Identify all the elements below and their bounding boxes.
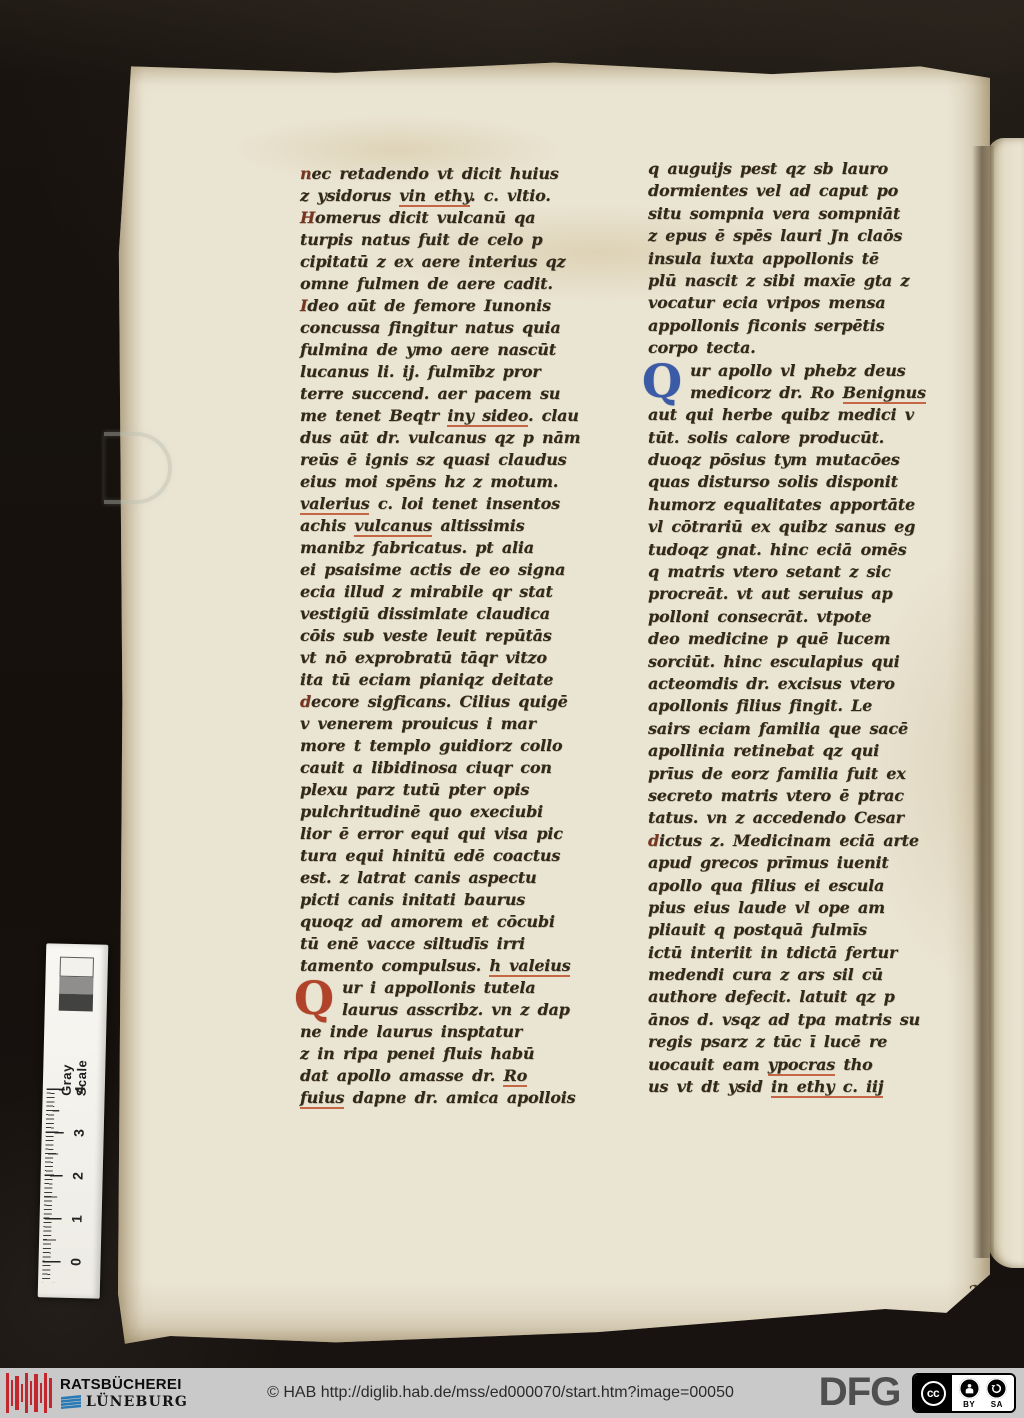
digitized-manuscript-viewer: nec retadendo vt dicit huiusz ysidorus v… bbox=[0, 0, 1024, 1418]
manuscript-line: apud grecos prīmus iuenit bbox=[648, 852, 986, 874]
manuscript-line: deo medicine p quē lucem bbox=[648, 628, 986, 650]
manuscript-line: reūs ē ignis sz quasi claudus bbox=[300, 449, 638, 471]
ratsbuecherei-bars-icon bbox=[6, 1372, 54, 1414]
manuscript-line: Qur apollo vl phebz deus bbox=[648, 360, 986, 382]
gray-patch-light bbox=[60, 957, 94, 978]
footer-bar: RATSBÜCHEREI LÜNEBURG © HAB http://digli… bbox=[0, 1368, 1024, 1418]
ruler-number-4: 4 bbox=[70, 1081, 89, 1107]
manuscript-line: apollinia retinebat qz qui bbox=[648, 740, 986, 762]
manuscript-line: appollonis ficonis serpētis bbox=[648, 315, 986, 337]
manuscript-line: nec retadendo vt dicit huius bbox=[300, 163, 638, 185]
illuminated-initial: Q bbox=[642, 358, 682, 404]
credit-url: © HAB http://diglib.hab.de/mss/ed000070/… bbox=[188, 1384, 823, 1402]
manuscript-line: pliauit q postquā fulmīs bbox=[648, 919, 986, 941]
ratsbuecherei-logo: RATSBÜCHEREI LÜNEBURG bbox=[6, 1372, 188, 1414]
manuscript-line: v venerem prouicus i mar bbox=[300, 713, 638, 735]
cc-license-badge: cc BY bbox=[912, 1373, 1016, 1413]
manuscript-line: tatus. vn z accedendo Cesar bbox=[648, 807, 986, 829]
manuscript-line: tū enē vacce siltudīs irri bbox=[300, 933, 638, 955]
manuscript-line: manibz fabricatus. pt alia bbox=[300, 537, 638, 559]
ruler-number-0: 0 bbox=[66, 1253, 85, 1279]
institution-name: RATSBÜCHEREI bbox=[60, 1376, 188, 1393]
manuscript-line: ictū interiit in tdictā fertur bbox=[648, 942, 986, 964]
ruler-number-3: 3 bbox=[69, 1124, 88, 1150]
manuscript-line: Ideo aūt de femore Iunonis bbox=[300, 295, 638, 317]
manuscript-line: pius eius laude vl ope am bbox=[648, 897, 986, 919]
manuscript-line: z ysidorus vin ethy. c. vltio. bbox=[300, 185, 638, 207]
manuscript-line: z in ripa penei fluis habū bbox=[300, 1043, 638, 1065]
cc-sa-label: SA bbox=[991, 1400, 1003, 1409]
manuscript-line: authore defecit. latuit qz p bbox=[648, 986, 986, 1008]
manuscript-line: q auguijs pest qz sb lauro bbox=[648, 158, 986, 180]
manuscript-line: picti canis initati baurus bbox=[300, 889, 638, 911]
dfg-logo: DFG bbox=[819, 1369, 901, 1415]
manuscript-line: acteomdis dr. excisus vtero bbox=[648, 673, 986, 695]
gray-patch-mid bbox=[59, 977, 93, 995]
manuscript-line: Homerus dicit vulcanū qa bbox=[300, 207, 638, 229]
manuscript-line: q matris vtero setant z sic bbox=[648, 561, 986, 583]
cc-by-icon bbox=[959, 1378, 980, 1399]
manuscript-line: est. z latrat canis aspectu bbox=[300, 867, 638, 889]
manuscript-line: tudoqz gnat. hinc eciā omēs bbox=[648, 539, 986, 561]
ruler-number-1: 1 bbox=[67, 1210, 86, 1236]
manuscript-line: ne inde laurus insptatur bbox=[300, 1021, 638, 1043]
manuscript-line: lucanus li. ij. fulmībz pror bbox=[300, 361, 638, 383]
gray-scale-ruler: Gray Scale 4 3 2 1 0 bbox=[38, 943, 109, 1298]
manuscript-line: laurus asscribz. vn z dap bbox=[300, 999, 638, 1021]
manuscript-line: prīus de eorz familia fuit ex bbox=[648, 763, 986, 785]
ruler-number-2: 2 bbox=[68, 1167, 87, 1193]
manuscript-line: plū nascit z sibi maxīe gta z bbox=[648, 270, 986, 292]
manuscript-line: decore sigficans. Cilius quigē bbox=[300, 691, 638, 713]
manuscript-line: lior ē error equi qui visa pic bbox=[300, 823, 638, 845]
manuscript-line: uocauit eam ypocras tho bbox=[648, 1054, 986, 1076]
manuscript-line: medicorz dr. Ro Benignus bbox=[648, 382, 986, 404]
manuscript-line: ei psaisime actis de eo signa bbox=[300, 559, 638, 581]
illuminated-initial: Q bbox=[294, 975, 334, 1021]
manuscript-line: cipitatū z ex aere interius qz bbox=[300, 251, 638, 273]
manuscript-line: omne fulmen de aere cadit. bbox=[300, 273, 638, 295]
manuscript-line: valerius c. loi tenet insentos bbox=[300, 493, 638, 515]
manuscript-line: aut qui herbe quibz medici v bbox=[648, 404, 986, 426]
manuscript-line: situ sompnia vera sompniāt bbox=[648, 203, 986, 225]
manuscript-line: vestigiū dissimlate claudica bbox=[300, 603, 638, 625]
cc-by: BY bbox=[959, 1378, 980, 1409]
manuscript-line: terre succend. aer pacem su bbox=[300, 383, 638, 405]
manuscript-line: sairs eciam familia que sacē bbox=[648, 718, 986, 740]
manuscript-line: tamento compulsus. h valeius bbox=[300, 955, 638, 977]
gray-patch-dark bbox=[59, 994, 93, 1012]
cc-sa: SA bbox=[986, 1378, 1007, 1409]
manuscript-line: pulchritudinē quo execiubi bbox=[300, 801, 638, 823]
manuscript-line: eius moi spēns hz z motum. bbox=[300, 471, 638, 493]
manuscript-page[interactable]: nec retadendo vt dicit huiusz ysidorus v… bbox=[118, 60, 990, 1345]
manuscript-line: apollo qua filius ei escula bbox=[648, 875, 986, 897]
cc-icon: cc bbox=[914, 1375, 952, 1411]
manuscript-line: z epus ē spēs lauri Jn claōs bbox=[648, 225, 986, 247]
manuscript-line: fulmina de ymo aere nascūt bbox=[300, 339, 638, 361]
manuscript-line: cōis sub veste leuit repūtās bbox=[300, 625, 638, 647]
manuscript-line: Qur i appollonis tutela bbox=[300, 977, 638, 999]
manuscript-line: concussa fingitur natus quia bbox=[300, 317, 638, 339]
manuscript-line: medendi cura z ars sil cū bbox=[648, 964, 986, 986]
book-gutter bbox=[972, 146, 994, 1258]
manuscript-line: sorciūt. hinc esculapius qui bbox=[648, 651, 986, 673]
manuscript-line: vt nō exprobratū tāqr vitzo bbox=[300, 647, 638, 669]
manuscript-line: regis psarz z tūc ī lucē re bbox=[648, 1031, 986, 1053]
manuscript-line: vl cōtrariū ex quibz sanus eg bbox=[648, 516, 986, 538]
manuscript-line: tura equi hinitū edē coactus bbox=[300, 845, 638, 867]
cc-by-label: BY bbox=[963, 1400, 975, 1409]
manuscript-line: secreto matris vtero ē ptrac bbox=[648, 785, 986, 807]
manuscript-line: duoqz pōsius tym mutacōes bbox=[648, 449, 986, 471]
manuscript-line: ecia illud z mirabile qr stat bbox=[300, 581, 638, 603]
manuscript-line: plexu parz tutū pter opis bbox=[300, 779, 638, 801]
manuscript-line: vocatur ecia vripos mensa bbox=[648, 292, 986, 314]
manuscript-line: polloni consecrāt. vtpote bbox=[648, 606, 986, 628]
institution-city: LÜNEBURG bbox=[86, 1394, 188, 1410]
manuscript-line: insula iuxta appollonis tē bbox=[648, 248, 986, 270]
manuscript-line: procreāt. vt aut seruius ap bbox=[648, 583, 986, 605]
manuscript-line: tūt. solis calore producūt. bbox=[648, 427, 986, 449]
manuscript-line: dormientes vel ad caput po bbox=[648, 180, 986, 202]
manuscript-line: more t templo guidiorz collo bbox=[300, 735, 638, 757]
left-column: nec retadendo vt dicit huiusz ysidorus v… bbox=[300, 163, 638, 1109]
right-column: q auguijs pest qz sb laurodormientes vel… bbox=[648, 158, 986, 1098]
manuscript-line: humorz equalitates apportāte bbox=[648, 494, 986, 516]
ruler-ticks-major bbox=[42, 1088, 65, 1283]
manuscript-line: me tenet Beqtr iny sideo. clau bbox=[300, 405, 638, 427]
manuscript-line: dictus z. Medicinam eciā arte bbox=[648, 830, 986, 852]
manuscript-line: quoqz ad amorem et cōcubi bbox=[300, 911, 638, 933]
manuscript-line: ānos d. vsqz ad tpa matris su bbox=[648, 1009, 986, 1031]
manuscript-line: quas disturso solis disponit bbox=[648, 471, 986, 493]
manuscript-line: corpo tecta. bbox=[648, 337, 986, 359]
manuscript-line: apollonis filius fingit. Le bbox=[648, 695, 986, 717]
manuscript-line: cauit a libidinosa ciuqr con bbox=[300, 757, 638, 779]
manuscript-line: achis vulcanus altissimis bbox=[300, 515, 638, 537]
book-icon bbox=[60, 1395, 82, 1409]
manuscript-line: ita tū eciam pianiqz deitate bbox=[300, 669, 638, 691]
manuscript-line: turpis natus fuit de celo p bbox=[300, 229, 638, 251]
manuscript-line: us vt dt ysid in ethy c. iij bbox=[648, 1076, 986, 1098]
gray-patches bbox=[59, 957, 94, 1012]
manuscript-line: fuius dapne dr. amica apollois bbox=[300, 1087, 638, 1109]
manuscript-line: dus aūt dr. vulcanus qz p nām bbox=[300, 427, 638, 449]
manuscript-line: dat apollo amasse dr. Ro bbox=[300, 1065, 638, 1087]
cc-sa-icon bbox=[986, 1378, 1007, 1399]
